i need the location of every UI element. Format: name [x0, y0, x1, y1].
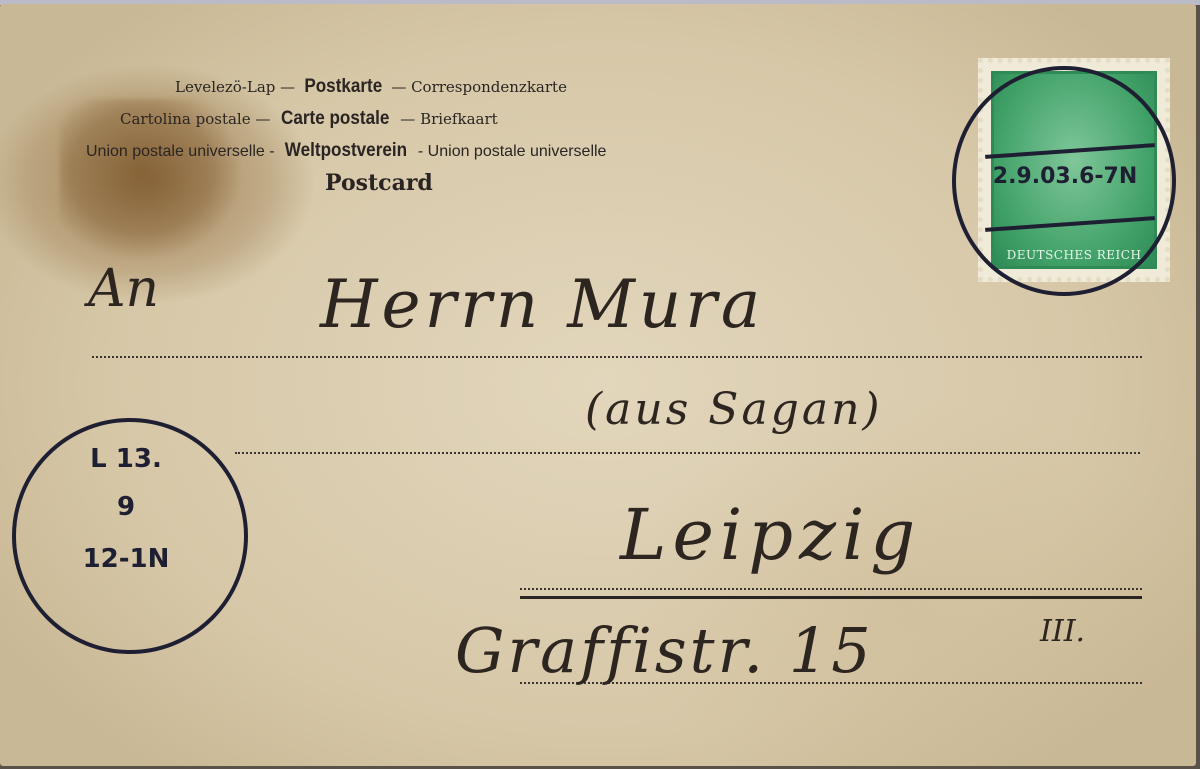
salutation-handwriting: An [88, 259, 159, 319]
address-line-3 [520, 588, 1142, 590]
arrival-postmark-line-3: 12-1N [56, 544, 196, 574]
cancellation-date: 2.9.03.6-7N [975, 164, 1155, 189]
header-line-1: Levelezö-Lap — Postkarte — Correspondenz… [175, 76, 567, 98]
header-text: Union postale universelle - [86, 143, 275, 160]
header-postcard-title: Postcard [325, 170, 433, 196]
postcard: Levelezö-Lap — Postkarte — Correspondenz… [0, 4, 1196, 766]
arrival-postmark-line-1: L 13. [56, 444, 196, 474]
header-text: Levelezö-Lap — [175, 78, 295, 96]
header-line-3: Union postale universelle - Weltpostvere… [86, 140, 606, 162]
header-text: - Union postale universelle [418, 143, 607, 160]
street-handwriting: Graffistr. 15 [455, 614, 874, 687]
address-line-1 [92, 356, 1142, 358]
header-text: Cartolina postale — [120, 110, 270, 128]
arrival-postmark-line-2: 9 [56, 492, 196, 522]
floor-handwriting: III. [1040, 614, 1085, 649]
header-text: — Correspondenzkarte [391, 78, 567, 96]
note-handwriting: (aus Sagan) [585, 384, 883, 435]
header-title: Carte postale [281, 108, 389, 130]
address-line-2 [235, 452, 1140, 454]
recipient-name-handwriting: Herrn Mura [320, 266, 764, 343]
city-underline [520, 596, 1142, 599]
city-handwriting: Leipzig [620, 494, 921, 576]
header-title: Weltpostverein [285, 140, 407, 162]
header-line-2: Cartolina postale — Carte postale — Brie… [120, 108, 498, 130]
header-title: Postkarte [304, 76, 382, 98]
header-text: — Briefkaart [400, 110, 497, 128]
